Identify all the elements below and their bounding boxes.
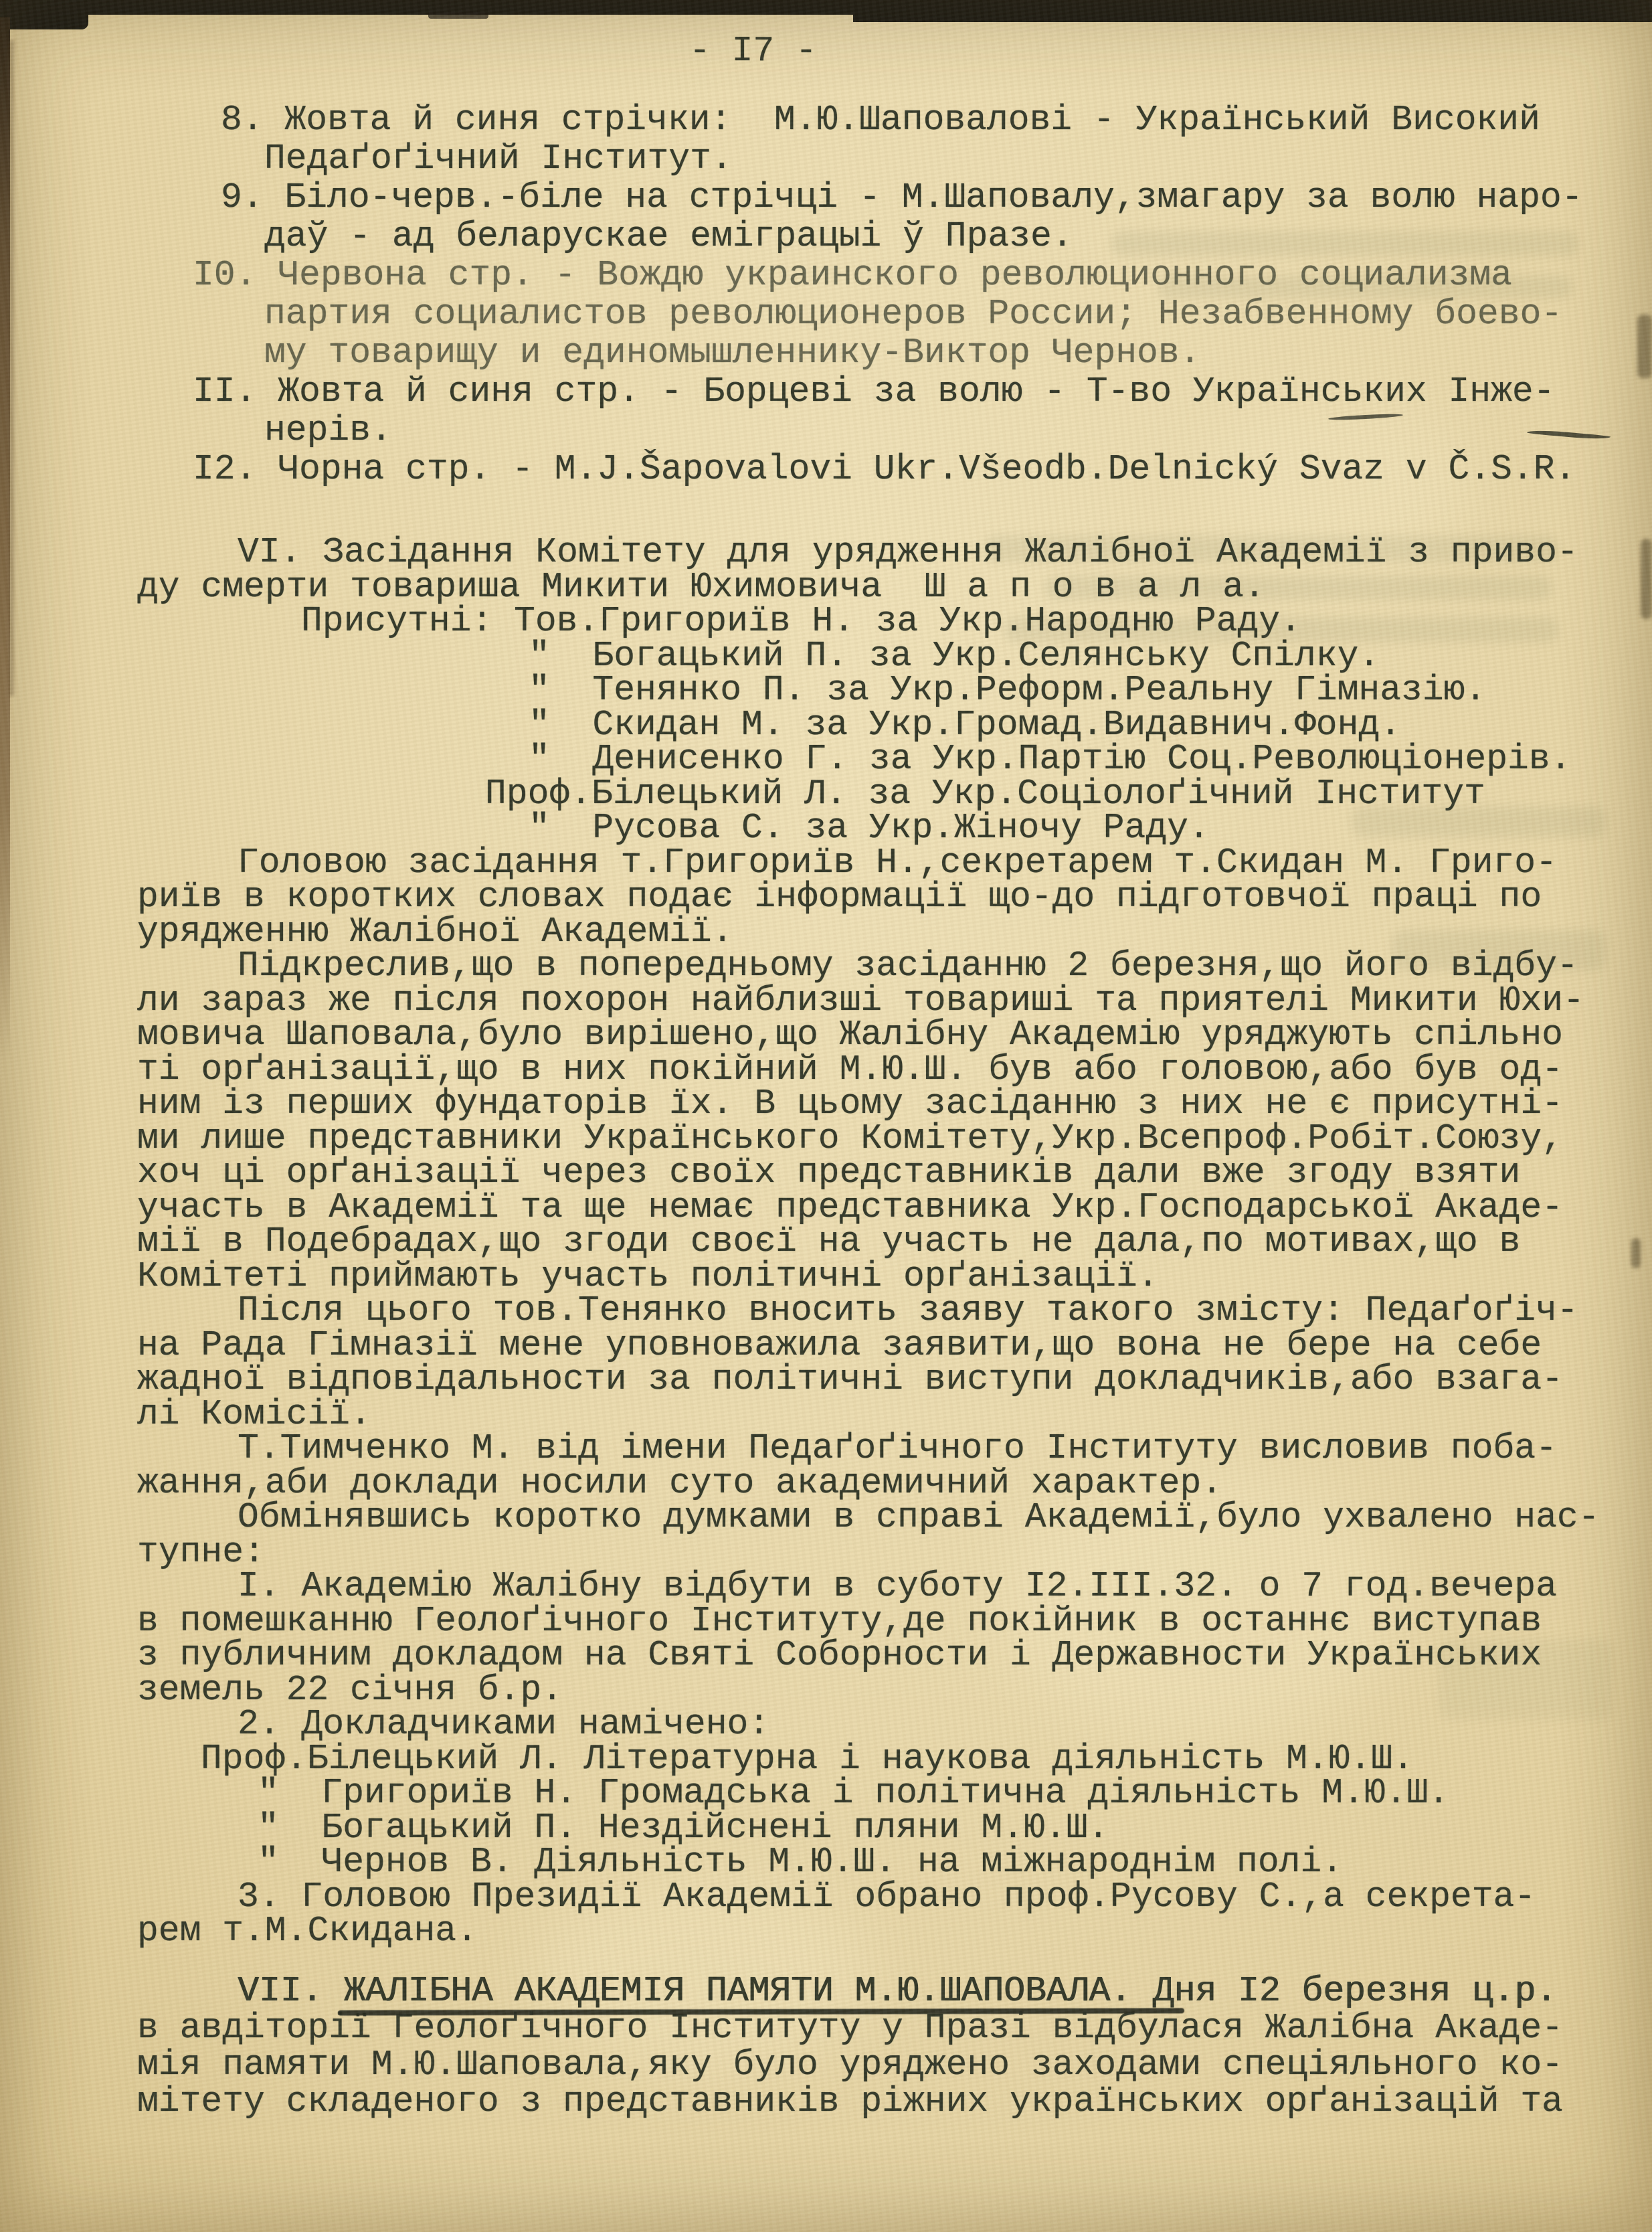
text-line: " Богацький П. за Укр.Селянську Спілку.: [529, 639, 1652, 674]
text-line: 8. Жовта й синя стрічки: М.Ю.Шаповалові …: [221, 100, 1652, 139]
scan-edge-top-left: [0, 0, 88, 29]
text-line: I2. Чорна стр. - M.J.Šapovalovi Ukr.Všeo…: [193, 450, 1652, 489]
text-line: партия социалистов революционеров России…: [264, 294, 1652, 333]
text-line: Т.Тимченко М. від імени Педаґоґічного Ін…: [238, 1432, 1652, 1466]
text-line: Головою засідання т.Григориїв Н.,секрета…: [238, 846, 1652, 881]
text-line: VII. ЖАЛІБНА АКАДЕМІЯ ПАМЯТИ М.Ю.ШАПОВАЛ…: [238, 1973, 1652, 2010]
text-line: Проф.Білецький Л. Літературна і наукова …: [201, 1742, 1652, 1777]
text-line: риїв в коротких словах подає інформації …: [137, 880, 1652, 915]
text-line: урядженню Жалібної Академії.: [137, 915, 1652, 950]
text-line: I. Академію Жалібну відбути в суботу I2.…: [238, 1569, 1652, 1604]
scan-edge-mark: [1641, 539, 1652, 619]
text-line: Підкреслив,що в попередньому засіданню 2…: [238, 949, 1652, 984]
text-line: Присутні: Тов.Григориїв Н. за Укр.Народн…: [301, 604, 1652, 639]
text-line: участь в Академії та ще немає представни…: [137, 1191, 1652, 1225]
text-line: ми лише представники Українського Коміте…: [137, 1122, 1652, 1156]
text-line: даў - ад беларускае еміграцыі ў Празе.: [264, 217, 1652, 256]
text-line: Педаґоґічний Інститут.: [264, 139, 1652, 178]
text-line: мовича Шаповала,було вирішено,що Жалібну…: [137, 1018, 1652, 1053]
memorial-academy-section: VII. ЖАЛІБНА АКАДЕМІЯ ПАМЯТИ М.Ю.ШАПОВАЛ…: [0, 1973, 1652, 2120]
text-line: на Рада Гімназії мене уповноважила заяви…: [137, 1328, 1652, 1363]
text-line: " Тенянко П. за Укр.Реформ.Реальну Гімна…: [529, 673, 1652, 708]
text-line: 2. Докладчиками намічено:: [238, 1707, 1652, 1742]
text-line: ним із перших фундаторів їх. В цьому зас…: [137, 1087, 1652, 1122]
scanned-document-page: - I7 - 8. Жовта й синя стрічки: М.Ю.Шапо…: [0, 0, 1652, 2232]
scan-edge-left-shadow: [9, 40, 14, 696]
text-line: " Богацький П. Нездійснені пляни М.Ю.Ш.: [258, 1811, 1652, 1846]
text-line: му товарищу и единомышленнику-Виктор Чер…: [264, 333, 1652, 372]
scan-edge-mark: [1637, 315, 1652, 378]
text-line: жадної відповідальности за політичні вис…: [137, 1363, 1652, 1397]
scan-edge-left: [0, 17, 10, 1061]
text-line: в помешканню Геолоґічного Інституту,де п…: [137, 1604, 1652, 1639]
text-line: Обмінявшись коротко думками в справі Ака…: [238, 1500, 1652, 1535]
text-line: 9. Біло-черв.-біле на стрічці - М.Шапова…: [221, 178, 1652, 217]
meeting-minutes-section: VI. Засідання Комітету для урядження Жал…: [0, 535, 1652, 1949]
text-line: " Денисенко Г. за Укр.Партію Соц.Революц…: [529, 742, 1652, 777]
text-line: Після цього тов.Тенянко вносить заяву та…: [238, 1294, 1652, 1328]
text-line: з публичним докладом на Святі Соборности…: [137, 1638, 1652, 1673]
text-line: тупне:: [137, 1535, 1652, 1570]
text-line: ті орґанізації,що в них покійний М.Ю.Ш. …: [137, 1053, 1652, 1088]
text-line: мії в Подебрадах,що згоди своєї на участ…: [137, 1225, 1652, 1260]
text-line: земель 22 січня б.р.: [137, 1673, 1652, 1708]
text-line: ду смерти товариша Микити Юхимовича Ш а …: [137, 570, 1652, 605]
text-line: Проф.Білецький Л. за Укр.Соціолоґічний І…: [485, 777, 1652, 812]
text-line: нерів.: [264, 411, 1652, 450]
text-line: " Русова С. за Укр.Жіночу Раду.: [529, 811, 1652, 846]
text-line: 3. Головою Президії Академії обрано проф…: [238, 1880, 1652, 1915]
text-line: жання,аби доклади носили суто академични…: [137, 1466, 1652, 1501]
text-line: " Чернов В. Діяльність М.Ю.Ш. на міжнаро…: [258, 1845, 1652, 1880]
scan-edge-top-right: [853, 0, 1652, 22]
text-line: лі Комісії.: [137, 1397, 1652, 1432]
text-line: II. Жовта й синя стр. - Борцеві за волю …: [193, 372, 1652, 411]
text-line: VI. Засідання Комітету для урядження Жал…: [238, 535, 1652, 570]
text-line: Комітеті приймають участь політичні орґа…: [137, 1260, 1652, 1294]
page-number: - I7 -: [689, 31, 817, 71]
text-line: рем т.М.Скидана.: [137, 1914, 1652, 1949]
text-line: I0. Червона стр. - Вождю украинского рев…: [193, 256, 1652, 294]
text-line: " Григориїв Н. Громадська і політична ді…: [258, 1776, 1652, 1811]
scan-edge-mark: [1631, 1238, 1641, 1268]
text-line: мітету складеного з представників ріжних…: [137, 2083, 1652, 2120]
text-line: хоч ці орґанізації через своїх представн…: [137, 1156, 1652, 1191]
ribbons-list-section: 8. Жовта й синя стрічки: М.Ю.Шаповалові …: [0, 100, 1652, 489]
scan-edge-nub: [428, 12, 488, 19]
text-line: " Скидан М. за Укр.Громад.Видавнич.Фонд.: [529, 708, 1652, 743]
text-line: ли зараз же після похорон найблизші това…: [137, 984, 1652, 1019]
text-line: мія памяти М.Ю.Шаповала,яку було уряджен…: [137, 2047, 1652, 2083]
